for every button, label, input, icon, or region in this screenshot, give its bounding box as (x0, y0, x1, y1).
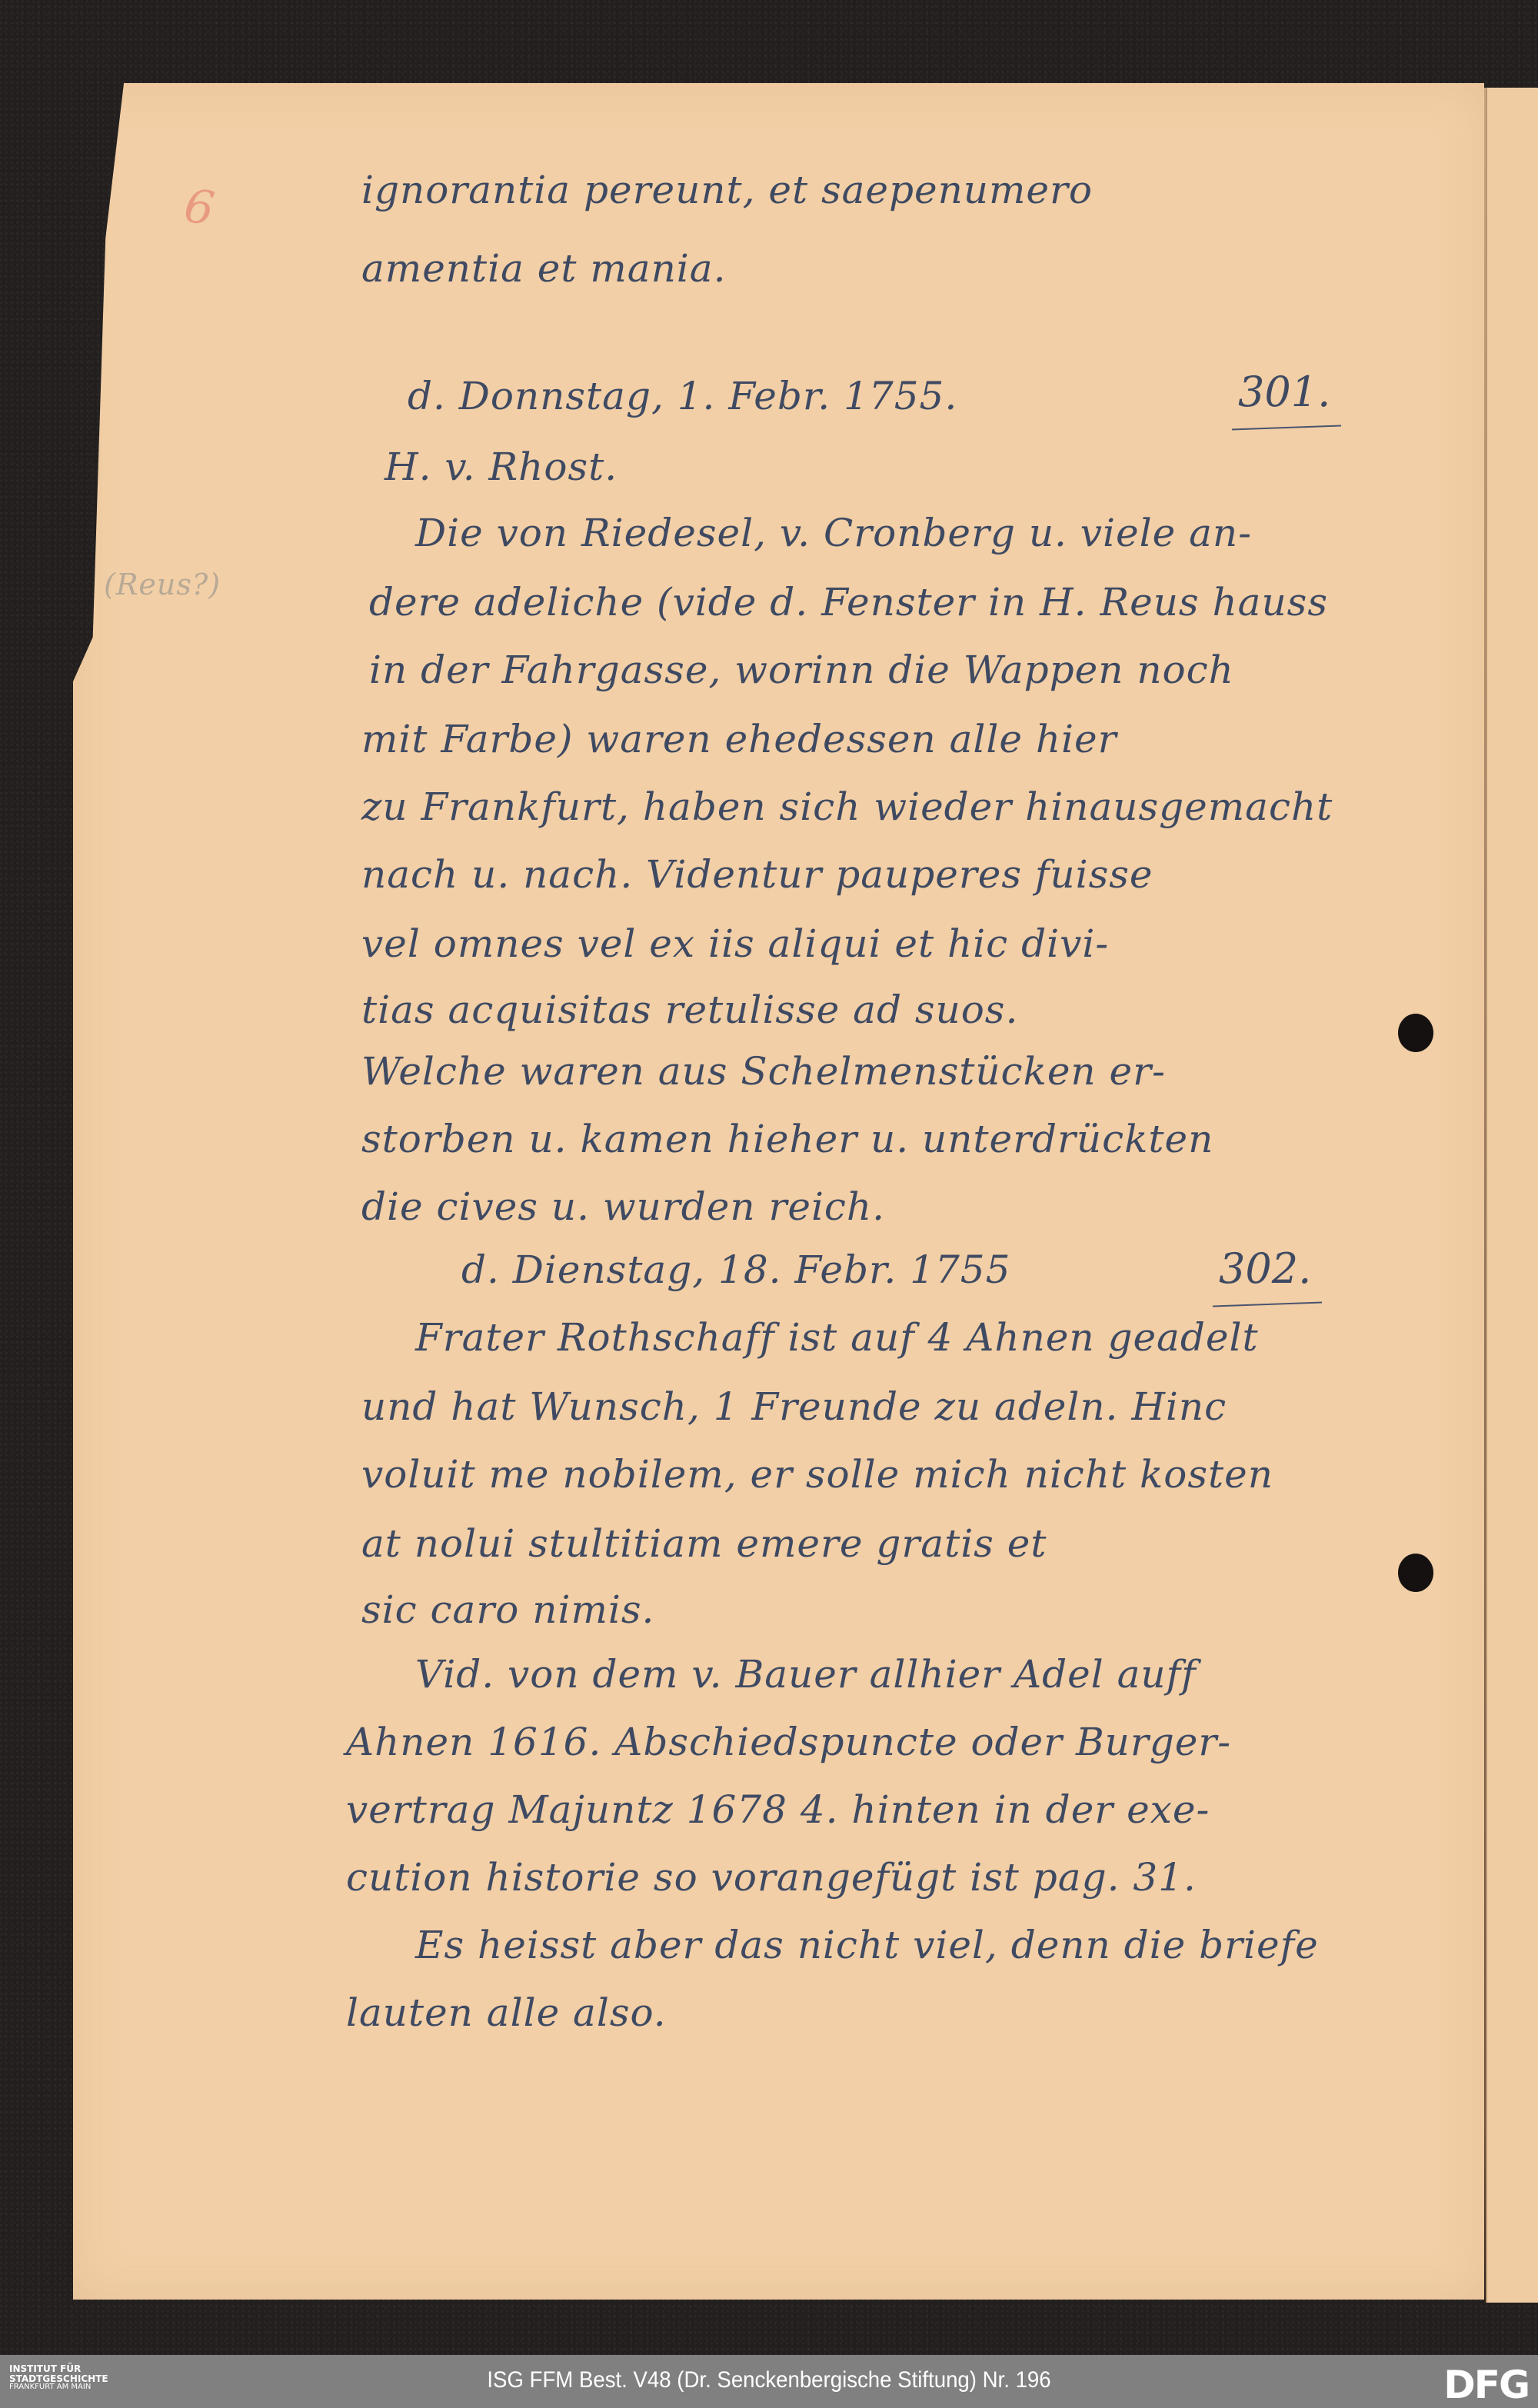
manuscript-line: tias acquisitas retulisse ad suos. (361, 988, 1018, 1032)
manuscript-line: nach u. nach. Videntur pauperes fuisse (361, 852, 1153, 897)
manuscript-line: voluit me nobilem, er solle mich nicht k… (361, 1452, 1273, 1497)
manuscript-line: vertrag Majuntz 1678 4. hinten in der ex… (346, 1787, 1210, 1832)
punch-hole-upper (1398, 1014, 1433, 1052)
dfg-logo: DFG (1443, 2366, 1529, 2404)
manuscript-line: Die von Riedesel, v. Cronberg u. viele a… (415, 511, 1252, 555)
manuscript-line: ignorantia pereunt, et saepenumero (361, 168, 1093, 212)
archive-signature: ISG FFM Best. V48 (Dr. Senckenbergische … (62, 2367, 1476, 2393)
manuscript-line: at nolui stultitiam emere gratis et (361, 1521, 1047, 1566)
manuscript-line: und hat Wunsch, 1 Freunde zu adeln. Hinc (361, 1384, 1227, 1429)
manuscript-line: amentia et mania. (361, 246, 727, 291)
manuscript-line: Vid. von dem v. Bauer allhier Adel auff (415, 1652, 1197, 1697)
manuscript-line: die cives u. wurden reich. (361, 1184, 885, 1229)
manuscript-line: dere adeliche (vide d. Fenster in H. Reu… (369, 580, 1328, 624)
entry-date-heading: d. Donnstag, 1. Febr. 1755. (408, 374, 957, 418)
manuscript-line: lauten alle also. (346, 1990, 667, 2035)
entry-number-301: 301. (1238, 368, 1330, 416)
next-page-edge (1486, 88, 1538, 2303)
punch-hole-lower (1398, 1554, 1433, 1592)
manuscript-line: Welche waren aus Schelmenstücken er- (361, 1049, 1166, 1094)
archive-footer-bar: INSTITUT FÜR STADTGESCHICHTE FRANKFURT A… (0, 2355, 1538, 2408)
manuscript-line: Es heisst aber das nicht viel, denn die … (415, 1923, 1319, 1967)
manuscript-line: vel omnes vel ex iis aliqui et hic divi- (361, 921, 1109, 966)
manuscript-line: storben u. kamen hieher u. unterdrückten (361, 1117, 1213, 1161)
manuscript-line: mit Farbe) waren ehedessen alle hier (361, 717, 1117, 761)
manuscript-line: in der Fahrgasse, worinn die Wappen noch (369, 648, 1234, 692)
margin-pencil-note: (Reus?) (104, 568, 221, 601)
entry-date-heading: d. Dienstag, 18. Febr. 1755 (461, 1247, 1010, 1292)
manuscript-line: cution historie so vorangefügt ist pag. … (346, 1855, 1197, 1900)
manuscript-line: sic caro nimis. (361, 1587, 654, 1632)
entry-subject: H. v. Rhost. (384, 445, 618, 489)
manuscript-line: Ahnen 1616. Abschiedspuncte oder Burger- (346, 1720, 1231, 1764)
manuscript-line: zu Frankfurt, haben sich wieder hinausge… (361, 784, 1333, 829)
manuscript-line: Frater Rothschaff ist auf 4 Ahnen geadel… (415, 1315, 1259, 1360)
entry-number-302: 302. (1219, 1244, 1311, 1293)
